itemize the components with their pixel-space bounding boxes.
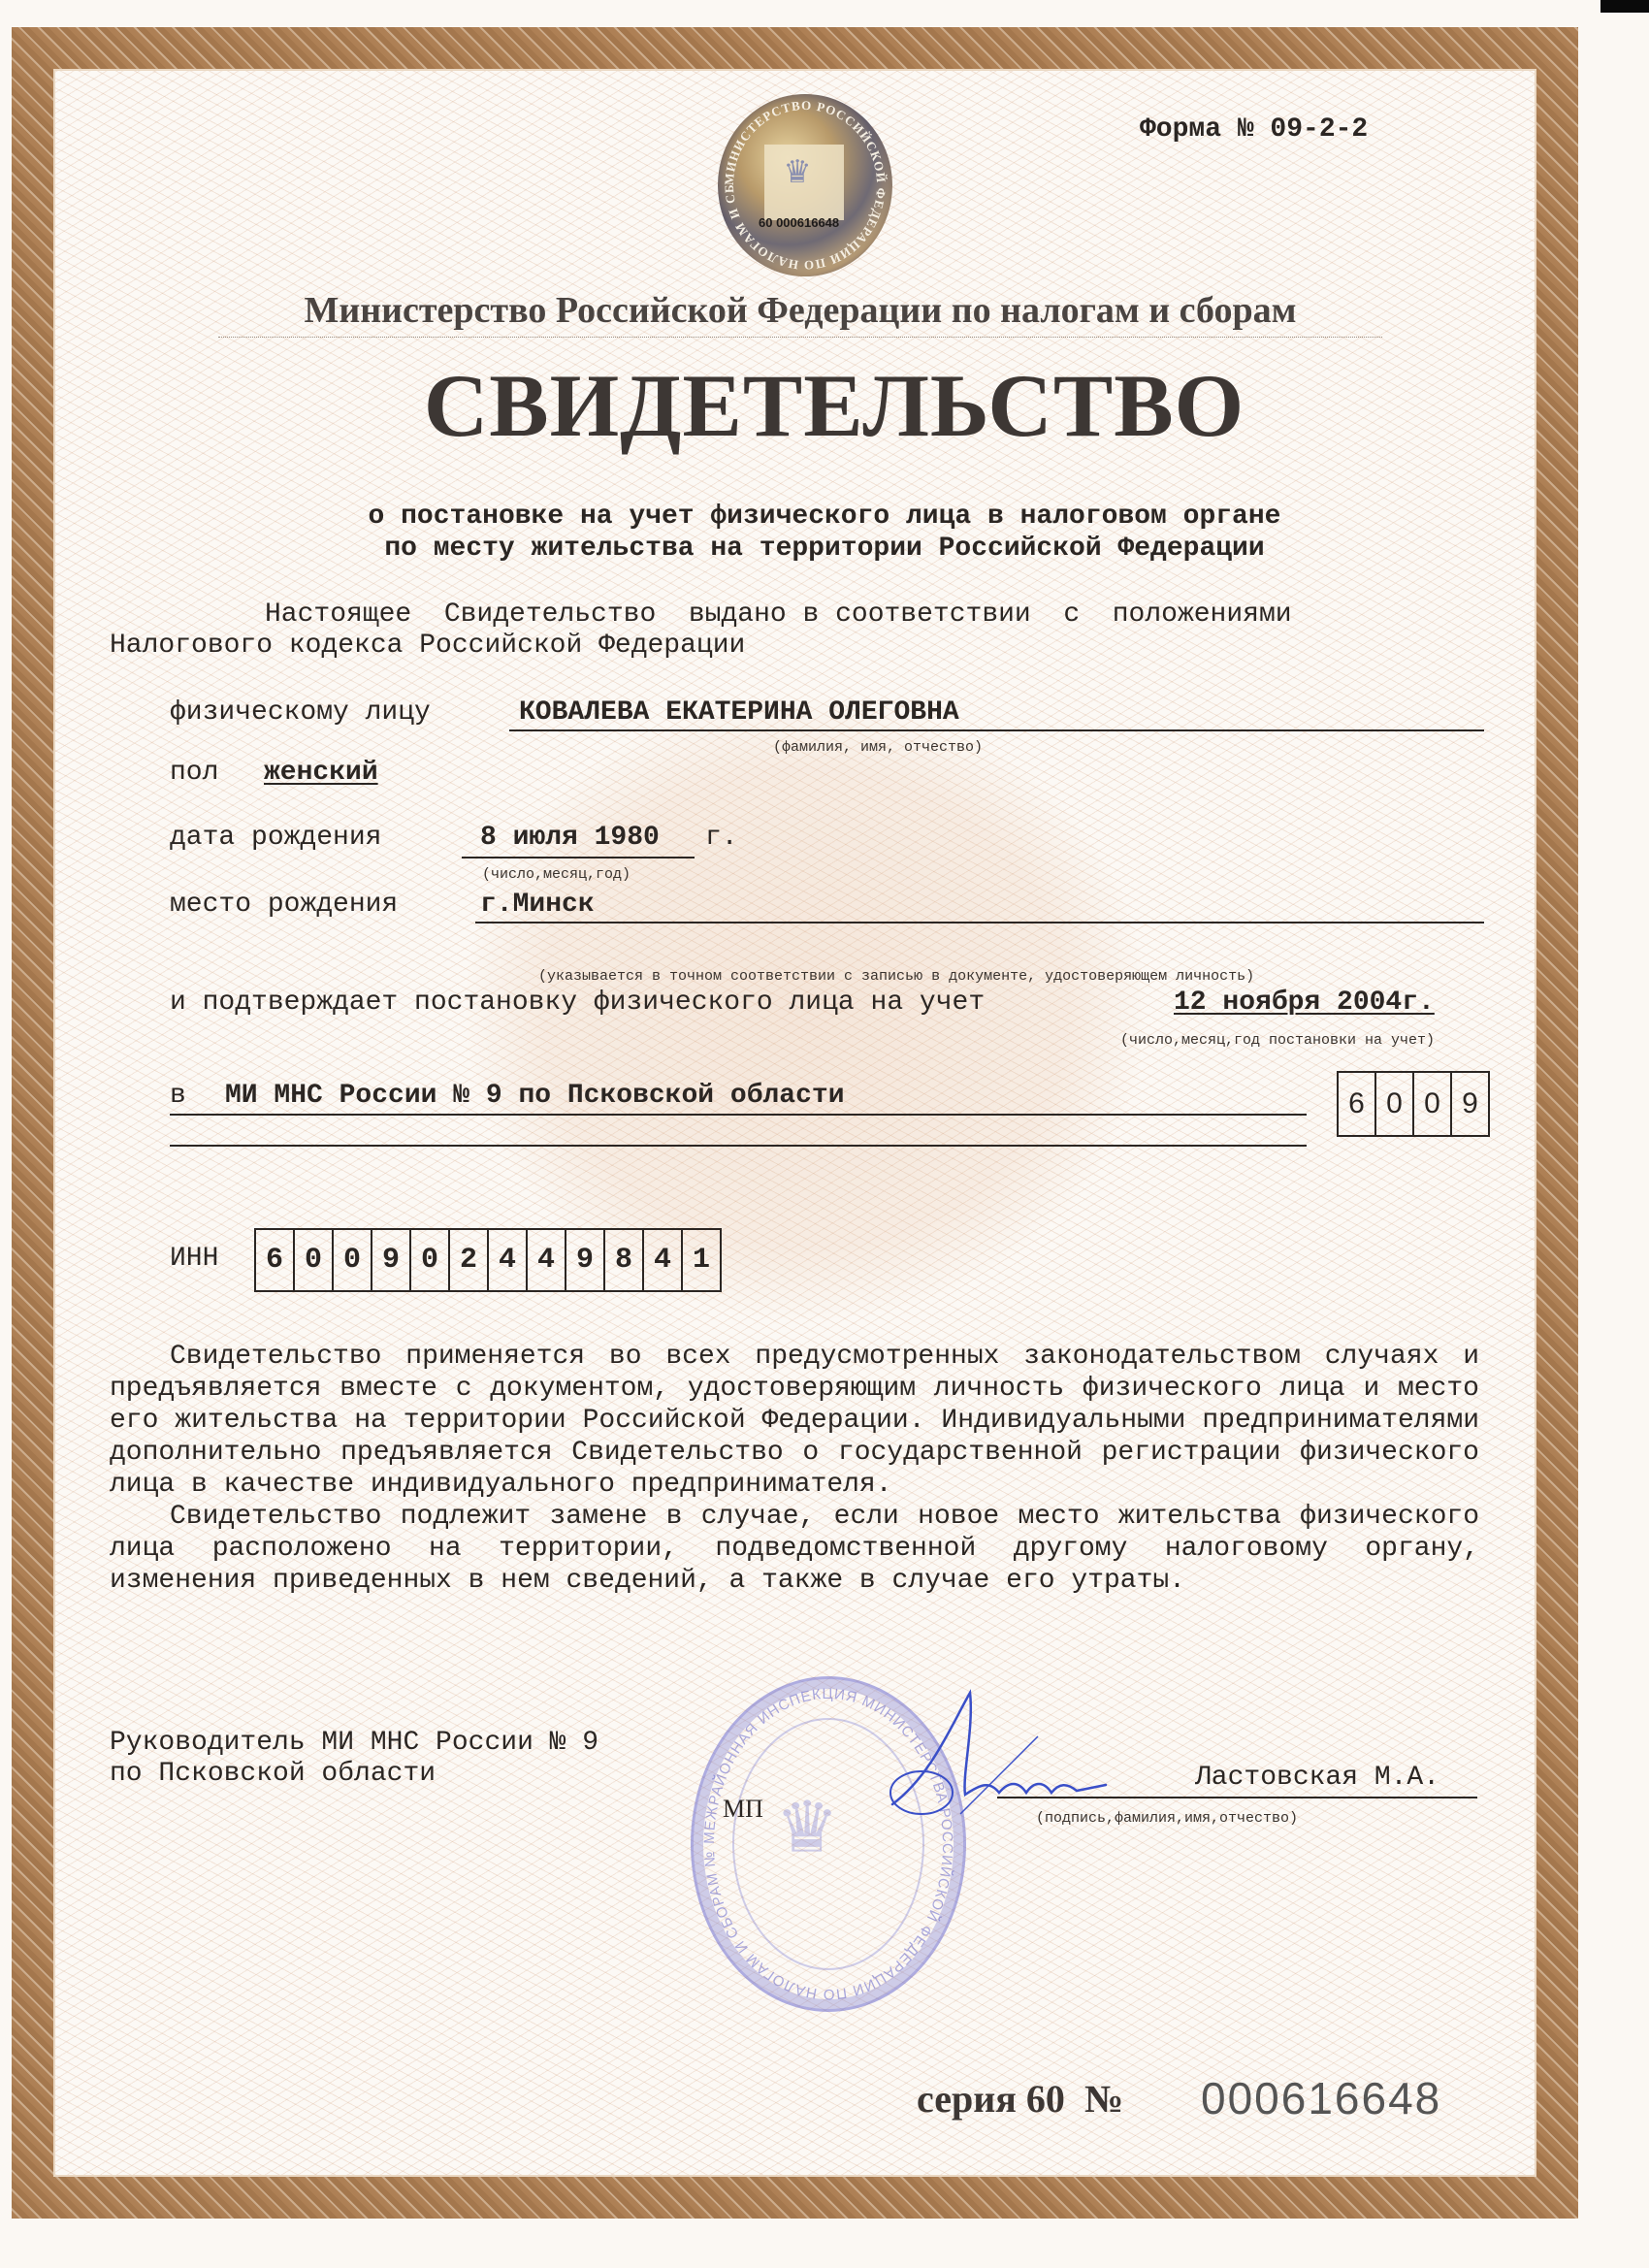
inn-digit-cell: 2 <box>450 1230 489 1290</box>
document-title: СВИДЕТЕЛЬСТВО <box>218 354 1450 457</box>
authority-prefix: в <box>170 1081 186 1111</box>
signature-underline <box>997 1797 1477 1798</box>
hologram-serial: 60 000616648 <box>759 215 839 230</box>
authority-code-cell: 0 <box>1376 1073 1414 1135</box>
hologram-seal: МИНИСТЕРСТВО РОССИЙСКОЙ ФЕДЕРАЦИИ ПО НАЛ… <box>718 94 892 276</box>
person-name: КОВАЛЕВА ЕКАТЕРИНА ОЛЕГОВНА <box>519 697 959 728</box>
paragraph-usage: Свидетельство применяется во всех предус… <box>110 1341 1479 1501</box>
birthplace-caption: (указывается в точном соответствии с зап… <box>538 968 1254 985</box>
person-caption: (фамилия, имя, отчество) <box>773 739 983 756</box>
stamp-eagle-icon: ♛ <box>781 1786 833 1873</box>
series-label: серия 60 № <box>917 2076 1123 2122</box>
inn-label: ИНН <box>170 1244 218 1274</box>
scan-edge-artifact <box>1600 0 1649 13</box>
inn-digit-cell: 0 <box>411 1230 450 1290</box>
birthdate-caption: (число,месяц,год) <box>482 866 630 883</box>
sex-label: пол <box>170 758 218 788</box>
authority-code-cell: 0 <box>1414 1073 1452 1135</box>
intro-line-1: Настоящее Свидетельство выдано в соответ… <box>265 599 1292 630</box>
paragraph-replacement: Свидетельство подлежит замене в случае, … <box>110 1501 1479 1597</box>
birthplace-label: место рождения <box>170 890 398 920</box>
authority-code-cell: 6 <box>1339 1073 1376 1135</box>
birthplace-value: г.Минск <box>480 890 595 920</box>
intro-line-2: Налогового кодекса Российской Федерации <box>110 631 745 661</box>
inn-digit-cell: 9 <box>372 1230 411 1290</box>
birthdate-value: 8 июля 1980 <box>480 823 660 853</box>
inn-digit-cell: 8 <box>605 1230 644 1290</box>
inn-digit-cell: 1 <box>683 1230 720 1290</box>
series-number: 000616648 <box>1201 2072 1441 2124</box>
birthplace-underline <box>475 922 1484 923</box>
registration-label: и подтверждает постановку физического ли… <box>170 988 985 1018</box>
registration-date: 12 ноября 2004г. <box>1174 988 1435 1018</box>
inn-digit-cell: 9 <box>566 1230 605 1290</box>
inn-digit-cell: 4 <box>489 1230 528 1290</box>
series-text: серия 60 <box>917 2077 1065 2121</box>
inn-digit-cell: 4 <box>528 1230 566 1290</box>
authority-name: МИ МНС России № 9 по Псковской области <box>225 1081 845 1111</box>
person-underline <box>509 729 1484 731</box>
form-number: Форма № 09-2-2 <box>1140 114 1368 145</box>
sex-value: женский <box>264 758 378 788</box>
authority-code-box: 6009 <box>1337 1071 1490 1137</box>
authority-underline-1 <box>170 1114 1307 1116</box>
signer-name: Ластовская М.А. <box>1195 1763 1439 1793</box>
subtitle-line-1: о постановке на учет физического лица в … <box>97 502 1552 532</box>
inn-digit-cell: 0 <box>295 1230 334 1290</box>
handwritten-signature <box>873 1669 1125 1824</box>
ministry-divider <box>218 337 1382 338</box>
authority-code-cell: 9 <box>1452 1073 1488 1135</box>
inn-digit-cell: 4 <box>644 1230 683 1290</box>
person-label: физическому лицу <box>170 697 431 728</box>
stamp-place-label: МП <box>723 1795 763 1824</box>
double-headed-eagle-icon: ♛ <box>786 154 809 193</box>
inn-digit-cell: 6 <box>256 1230 295 1290</box>
birthdate-suffix: г. <box>705 823 738 853</box>
registration-caption: (число,месяц,год постановки на учет) <box>1120 1032 1435 1049</box>
birthdate-underline <box>462 857 695 859</box>
subtitle-line-2: по месту жительства на территории Россий… <box>97 534 1552 564</box>
signer-position-line-1: Руководитель МИ МНС России № 9 <box>110 1728 598 1758</box>
number-sign: № <box>1084 2077 1123 2121</box>
ministry-name: Министерство Российской Федерации по нал… <box>218 289 1382 332</box>
body-text: Свидетельство применяется во всех предус… <box>110 1341 1479 1597</box>
authority-underline-2 <box>170 1145 1307 1147</box>
inn-box: 600902449841 <box>254 1228 722 1292</box>
signer-caption: (подпись,фамилия,имя,отчество) <box>1036 1810 1298 1827</box>
signer-position-line-2: по Псковской области <box>110 1759 436 1789</box>
inn-digit-cell: 0 <box>334 1230 372 1290</box>
birthdate-label: дата рождения <box>170 823 381 853</box>
